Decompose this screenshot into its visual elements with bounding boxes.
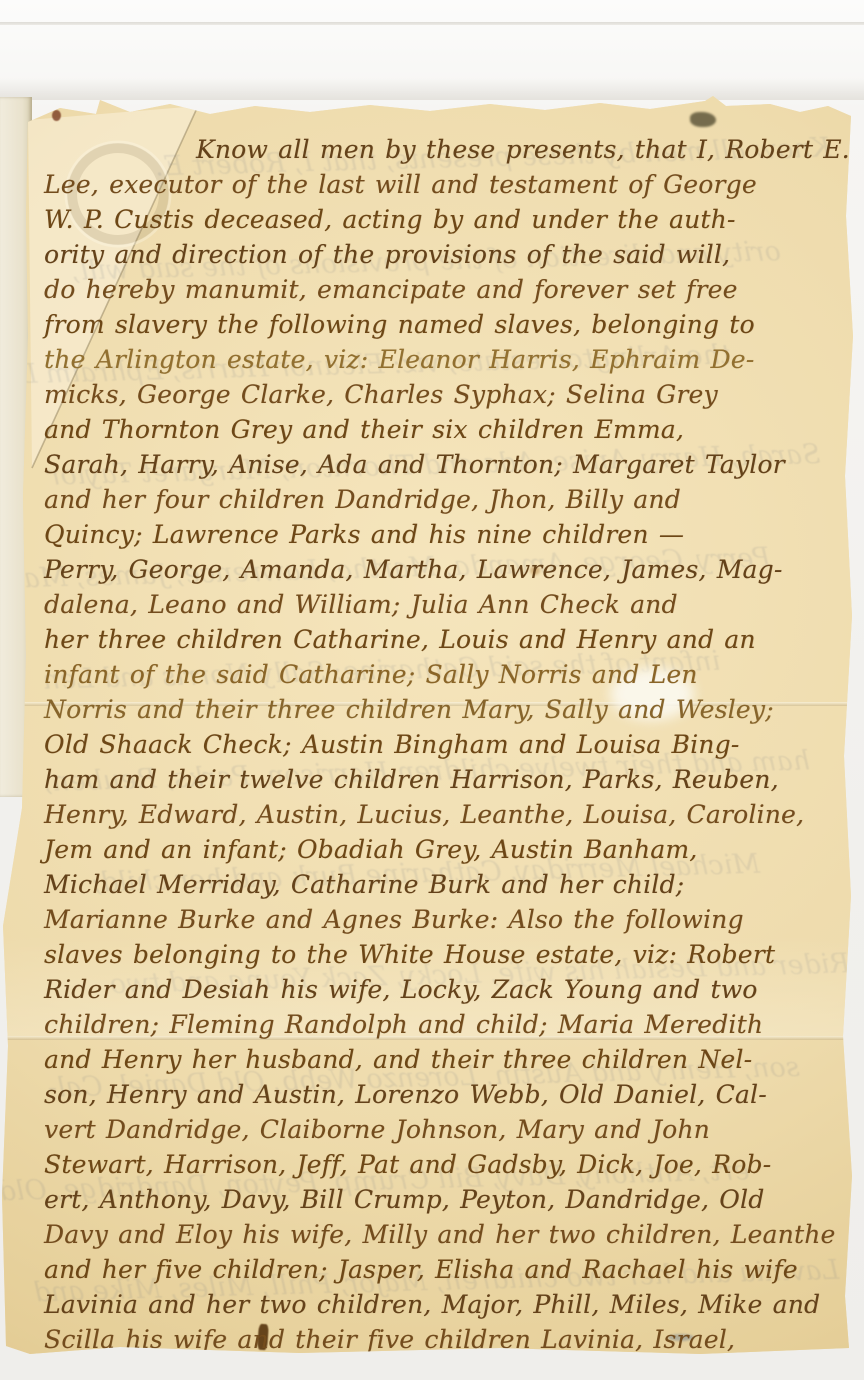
manuscript-line: W. P. Custis deceased, acting by and und… <box>44 202 831 237</box>
manuscript-line: son, Henry and Austin, Lorenzo Webb, Old… <box>44 1077 831 1112</box>
manuscript-line: and Thornton Grey and their six children… <box>44 412 831 447</box>
manuscript-line: Old Shaack Check; Austin Bingham and Lou… <box>44 727 831 762</box>
manuscript-line: Rider and Desiah his wife, Locky, Zack Y… <box>44 972 831 1007</box>
manuscript-line: vert Dandridge, Claiborne Johnson, Mary … <box>44 1112 831 1147</box>
manuscript-line: Jem and an infant; Obadiah Grey, Austin … <box>44 832 831 867</box>
manuscript-line: Lavinia and her two children, Major, Phi… <box>44 1287 831 1322</box>
manuscript-line: Norris and their three children Mary, Sa… <box>44 692 831 727</box>
manuscript-line: ert, Anthony, Davy, Bill Crump, Peyton, … <box>44 1182 831 1217</box>
scan-background: Know all men by these presents, that I, … <box>0 0 864 1380</box>
scanner-shadow <box>0 78 864 100</box>
scanner-edge-line <box>0 22 864 25</box>
manuscript-line: Davy and Eloy his wife, Milly and her tw… <box>44 1217 831 1252</box>
manuscript-line: do hereby manumit, emancipate and foreve… <box>44 272 831 307</box>
manuscript-line: her three children Catharine, Louis and … <box>44 622 831 657</box>
manuscript-line: from slavery the following named slaves,… <box>44 307 831 342</box>
manuscript-line: infant of the said Catharine; Sally Norr… <box>44 657 831 692</box>
manuscript-line: Know all men by these presents, that I, … <box>44 132 831 167</box>
manuscript-line: children; Fleming Randolph and child; Ma… <box>44 1007 831 1042</box>
manuscript-line: Lee, executor of the last will and testa… <box>44 167 831 202</box>
manuscript-line: slaves belonging to the White House esta… <box>44 937 831 972</box>
manuscript-line: micks, George Clarke, Charles Syphax; Se… <box>44 377 831 412</box>
manuscript-line: Sarah, Harry, Anise, Ada and Thornton; M… <box>44 447 831 482</box>
manuscript-line: Quincy; Lawrence Parks and his nine chil… <box>44 517 831 552</box>
manuscript-line: dalena, Leano and William; Julia Ann Che… <box>44 587 831 622</box>
manuscript-line: Scilla his wife and their five children … <box>44 1322 831 1357</box>
manuscript-line: and Henry her husband, and their three c… <box>44 1042 831 1077</box>
manuscript-line: the Arlington estate, viz: Eleanor Harri… <box>44 342 831 377</box>
manuscript-line: Stewart, Harrison, Jeff, Pat and Gadsby,… <box>44 1147 831 1182</box>
manuscript-line: Michael Merriday, Catharine Burk and her… <box>44 867 831 902</box>
manuscript-line: ority and direction of the provisions of… <box>44 237 831 272</box>
manuscript-line: ham and their twelve children Harrison, … <box>44 762 831 797</box>
ink-spot <box>52 110 61 121</box>
manuscript-line: Henry, Edward, Austin, Lucius, Leanthe, … <box>44 797 831 832</box>
manuscript-text: Know all men by these presents, that I, … <box>44 132 831 1357</box>
manuscript-line: and her four children Dandridge, Jhon, B… <box>44 482 831 517</box>
manuscript-line: Perry, George, Amanda, Martha, Lawrence,… <box>44 552 831 587</box>
smudge-stain <box>690 112 716 127</box>
manuscript-line: and her five children; Jasper, Elisha an… <box>44 1252 831 1287</box>
manuscript-line: Marianne Burke and Agnes Burke: Also the… <box>44 902 831 937</box>
manuscript-page: Know all men by these presents, that I, … <box>0 96 857 1359</box>
